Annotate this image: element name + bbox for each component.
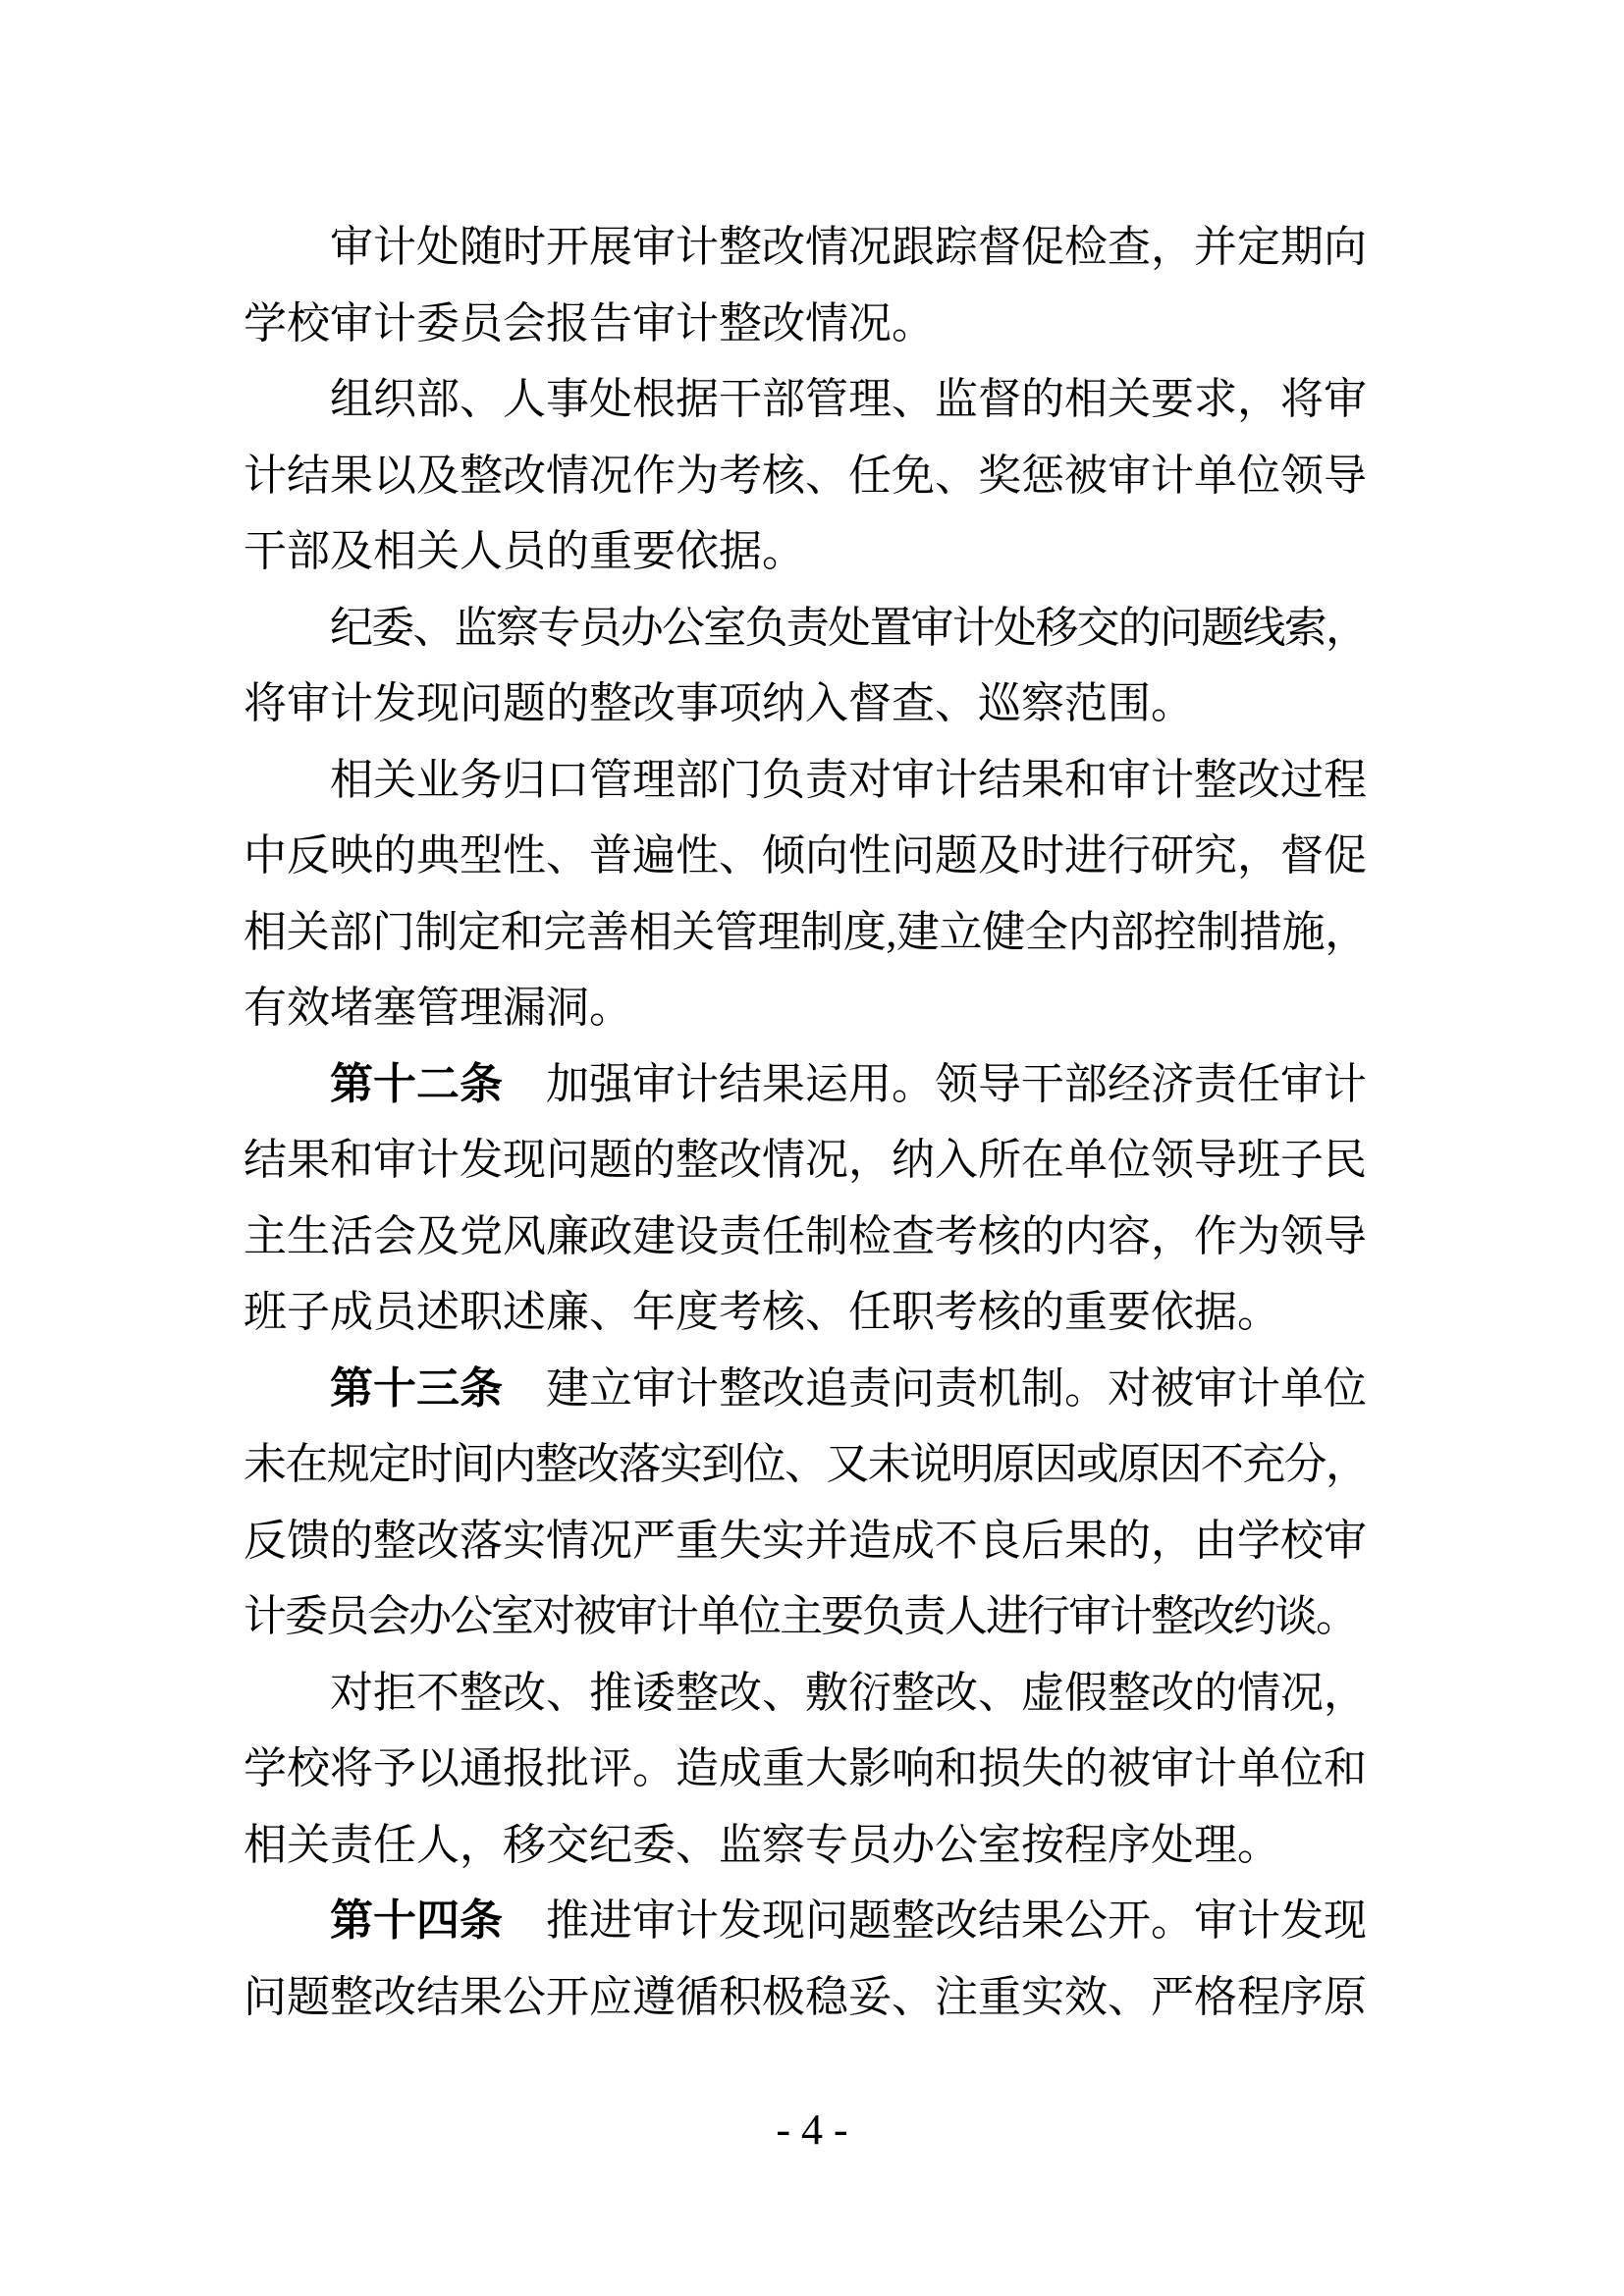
text-line: 计结果以及整改情况作为考核、任免、奖惩被审计单位领导 <box>244 438 1367 514</box>
article-number: 第十三条 <box>330 1364 503 1413</box>
text-line: 主生活会及党风廉政建设责任制检查考核的内容，作为领导 <box>244 1199 1367 1275</box>
text-line: 有效堵塞管理漏洞。 <box>244 970 1367 1046</box>
text-line: 第十三条 建立审计整改追责问责机制。对被审计单位 <box>244 1351 1367 1427</box>
text-line: 相关责任人，移交纪委、监察专员办公室按程序处理。 <box>244 1807 1367 1884</box>
text-line: 学校审计委员会报告审计整改情况。 <box>244 286 1367 362</box>
article-number: 第十二条 <box>330 1060 503 1108</box>
text-line: 班子成员述职述廉、年度考核、任职考核的重要依据。 <box>244 1274 1367 1351</box>
text-line: 结果和审计发现问题的整改情况，纳入所在单位领导班子民 <box>244 1122 1367 1199</box>
text-line: 学校将予以通报批评。造成重大影响和损失的被审计单位和 <box>244 1731 1367 1807</box>
text-line: 相关部门制定和完善相关管理制度,建立健全内部控制措施， <box>244 894 1367 971</box>
text-line: 审计处随时开展审计整改情况跟踪督促检查，并定期向 <box>244 209 1367 286</box>
document-page: 审计处随时开展审计整改情况跟踪督促检查，并定期向学校审计委员会报告审计整改情况。… <box>0 0 1624 2296</box>
text-line: 中反映的典型性、普遍性、倾向性问题及时进行研究，督促 <box>244 818 1367 894</box>
text-line: 纪委、监察专员办公室负责处置审计处移交的问题线索， <box>244 590 1367 667</box>
text-line: 未在规定时间内整改落实到位、又未说明原因或原因不充分， <box>244 1426 1367 1503</box>
text-line: 将审计发现问题的整改事项纳入督查、巡察范围。 <box>244 666 1367 742</box>
text-line: 干部及相关人员的重要依据。 <box>244 513 1367 590</box>
text-line: 第十四条 推进审计发现问题整改结果公开。审计发现 <box>244 1883 1367 1959</box>
text-line: 问题整改结果公开应遵循积极稳妥、注重实效、严格程序原 <box>244 1959 1367 2036</box>
text-line: 相关业务归口管理部门负责对审计结果和审计整改过程 <box>244 742 1367 819</box>
text-line: 第十二条 加强审计结果运用。领导干部经济责任审计 <box>244 1046 1367 1123</box>
text-line: 对拒不整改、推诿整改、敷衍整改、虚假整改的情况， <box>244 1655 1367 1732</box>
article-number: 第十四条 <box>330 1896 503 1945</box>
text-line: 计委员会办公室对被审计单位主要负责人进行审计整改约谈。 <box>244 1578 1367 1655</box>
text-line: 组织部、人事处根据干部管理、监督的相关要求，将审 <box>244 361 1367 438</box>
document-body: 审计处随时开展审计整改情况跟踪督促检查，并定期向学校审计委员会报告审计整改情况。… <box>244 209 1367 2035</box>
text-line: 反馈的整改落实情况严重失实并造成不良后果的，由学校审 <box>244 1503 1367 1579</box>
page-number: - 4 - <box>0 2109 1624 2152</box>
